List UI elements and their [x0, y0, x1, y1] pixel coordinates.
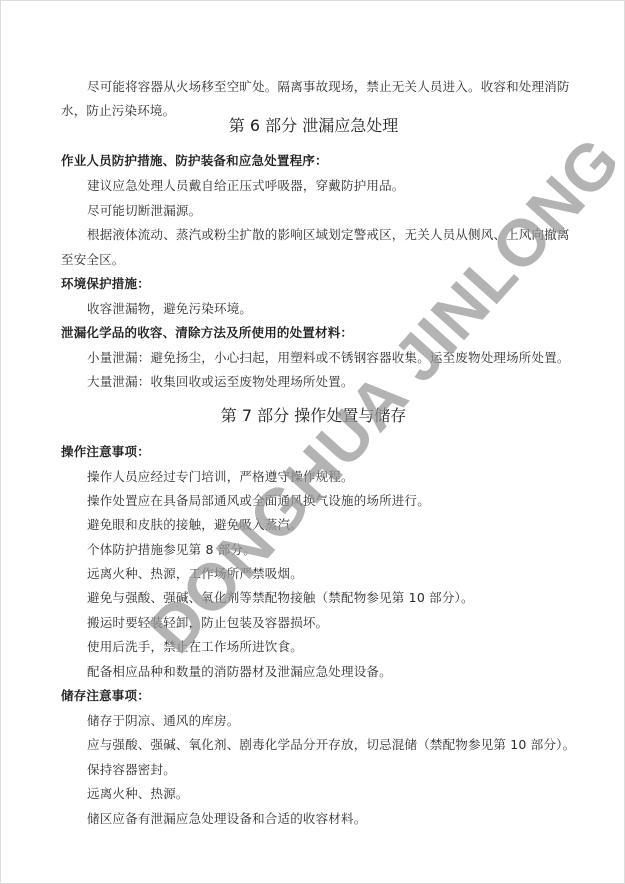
storage-item: 应与强酸、强碱、氧化剂、剧毒化学品分开存放，切忌混储（禁配物参见第 10 部分）… — [87, 737, 575, 753]
handling-item: 个体防护措施参见第 8 部分。 — [87, 542, 256, 558]
handling-item: 避免眼和皮肤的接触，避免吸入蒸汽。 — [87, 517, 303, 533]
handling-item: 操作人员应经过专门培训，严格遵守操作规程。 — [87, 469, 354, 485]
storage-item: 储区应备有泄漏应急处理设备和合适的收容材料。 — [87, 811, 366, 827]
section-7-title: 第 7 部分 操作处置与储存 — [1, 406, 625, 426]
personnel-protection-heading: 作业人员防护措施、防护装备和应急处置程序： — [61, 153, 328, 169]
environment-protection-heading: 环境保护措施： — [61, 276, 150, 292]
handling-item: 远离火种、热源，工作场所严禁吸烟。 — [87, 566, 303, 582]
handling-item: 搬运时要轻装轻卸，防止包装及容器损坏。 — [87, 615, 328, 631]
personnel-item-continued: 至安全区。 — [61, 252, 125, 268]
document-page: 尽可能将容器从火场移至空旷处。隔离事故现场，禁止无关人员进入。收容和处理消防 水… — [0, 0, 625, 884]
personnel-item: 根据液体流动、蒸汽或粉尘扩散的影响区域划定警戒区，无关人员从侧风、上风向撤离 — [87, 227, 570, 243]
cleanup-methods-heading: 泄漏化学品的收容、清除方法及所使用的处置材料： — [61, 325, 353, 341]
handling-item: 使用后洗手，禁止在工作场所进饮食。 — [87, 639, 303, 655]
storage-item: 保持容器密封。 — [87, 762, 176, 778]
personnel-item: 建议应急处理人员戴自给正压式呼吸器，穿戴防护用品。 — [87, 178, 405, 194]
handling-precautions-heading: 操作注意事项： — [61, 444, 150, 460]
personnel-item: 尽可能切断泄漏源。 — [87, 203, 201, 219]
handling-item: 配备相应品种和数量的消防器材及泄漏应急处理设备。 — [87, 664, 392, 680]
storage-item: 远离火种、热源。 — [87, 786, 189, 802]
environment-item: 收容泄漏物，避免污染环境。 — [87, 301, 252, 317]
cleanup-item: 大量泄漏：收集回收或运至废物处理场所处置。 — [87, 374, 354, 390]
handling-item: 操作处置应在具备局部通风或全面通风换气设施的场所进行。 — [87, 493, 430, 509]
intro-line-1: 尽可能将容器从火场移至空旷处。隔离事故现场，禁止无关人员进入。收容和处理消防 — [87, 79, 570, 95]
storage-item: 储存于阴凉、通风的库房。 — [87, 713, 239, 729]
cleanup-item: 小量泄漏：避免扬尘，小心扫起，用塑料或不锈钢容器收集。运至废物处理场所处置。 — [87, 350, 570, 366]
handling-item: 避免与强酸、强碱、氧化剂等禁配物接触（禁配物参见第 10 部分）。 — [87, 590, 474, 606]
storage-precautions-heading: 储存注意事项： — [61, 688, 150, 704]
section-6-title: 第 6 部分 泄漏应急处理 — [1, 116, 625, 136]
